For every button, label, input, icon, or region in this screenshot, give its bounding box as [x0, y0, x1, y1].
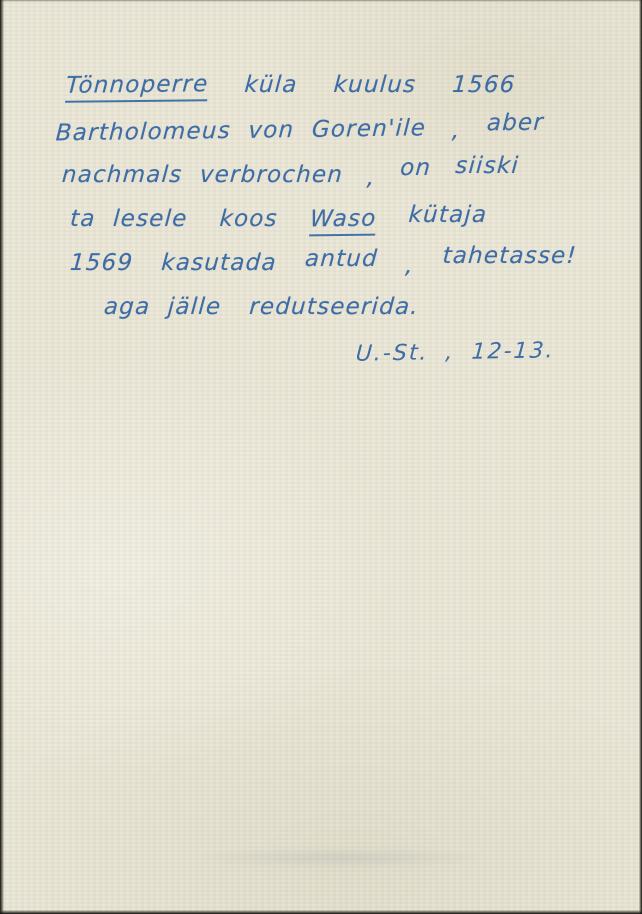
- note-word: koos: [219, 206, 279, 232]
- note-word: aber: [486, 110, 545, 137]
- note-word: Bartholomeus von Goren'ile: [55, 115, 427, 146]
- note-word: kuulus: [333, 72, 417, 98]
- note-word: aga jälle: [103, 294, 222, 320]
- note-word: 1566: [451, 72, 516, 98]
- underlined-word-waso: Waso: [309, 206, 377, 237]
- note-word: ta lesele: [69, 206, 188, 232]
- note-word: redutseerida.: [248, 294, 419, 320]
- scan-edge-bottom: [0, 910, 642, 914]
- signature-reference: U.-St. , 12-13.: [355, 338, 556, 366]
- note-word: on: [399, 155, 432, 181]
- note-line-4: ta lesele koos Waso kütaja: [69, 206, 488, 236]
- note-word: kasutada: [160, 250, 277, 276]
- note-word: küla: [244, 72, 299, 98]
- note-word: 1569: [69, 250, 134, 276]
- note-line-2: Bartholomeus von Goren'ile , aber: [55, 114, 545, 147]
- note-word: siiski: [454, 153, 519, 179]
- note-line-3: nachmals verbrochen , on siiski: [61, 162, 519, 188]
- scanned-note-card: Tönnoperre küla kuulus 1566 Bartholomeus…: [0, 0, 642, 914]
- note-word: tahetasse!: [442, 243, 578, 269]
- scan-edge-left: [0, 0, 4, 914]
- comma: ,: [366, 165, 376, 191]
- note-word: antud: [304, 246, 379, 272]
- note-word: kütaja: [408, 202, 489, 228]
- note-line-5: 1569 kasutada antud , tahetasse!: [69, 250, 577, 276]
- note-line-6: aga jälle redutseerida.: [103, 294, 420, 320]
- comma: ,: [451, 118, 461, 144]
- note-word: nachmals verbrochen: [61, 162, 344, 188]
- scan-edge-top: [0, 0, 642, 2]
- underlined-word-tonnoperre: Tönnoperre: [65, 71, 209, 102]
- note-line-1: Tönnoperre küla kuulus 1566: [65, 72, 517, 102]
- comma: ,: [404, 253, 414, 279]
- paper-smudge: [190, 848, 490, 868]
